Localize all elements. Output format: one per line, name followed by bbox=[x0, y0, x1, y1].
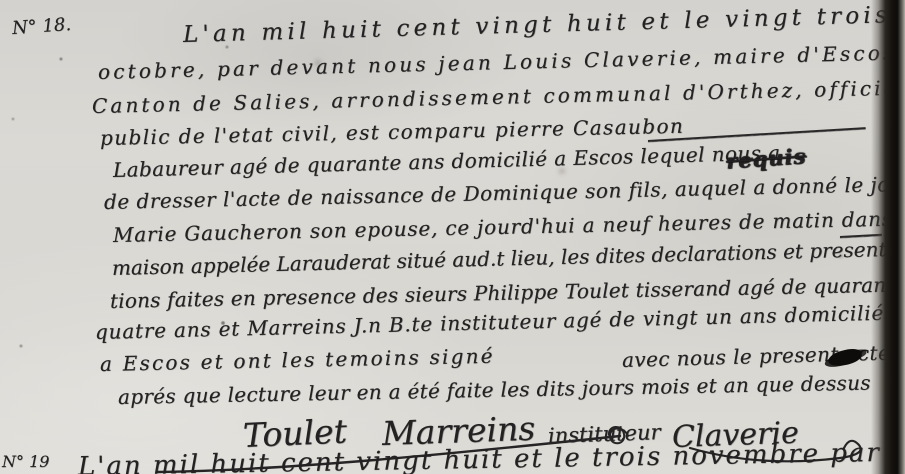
manuscript-line-1: L'an mil huit cent vingt huit et le ving… bbox=[183, 2, 903, 48]
book-binding-edge bbox=[871, 0, 905, 474]
overwritten-word-requis: requis bbox=[725, 143, 807, 174]
manuscript-line-3: Canton de Salies, arrondissement communa… bbox=[92, 75, 905, 118]
margin-act-number: N° 18. bbox=[11, 14, 71, 39]
manuscript-page: N° 18. L'an mil huit cent vingt huit et … bbox=[0, 0, 905, 474]
paper-speckles bbox=[0, 0, 2, 2]
manuscript-line-11-left: a Escos et ont les temoins signé bbox=[100, 344, 495, 376]
next-act-margin-number: N° 19 bbox=[2, 452, 49, 471]
manuscript-line-12: aprés que lecture leur en a été faite le… bbox=[118, 371, 871, 409]
